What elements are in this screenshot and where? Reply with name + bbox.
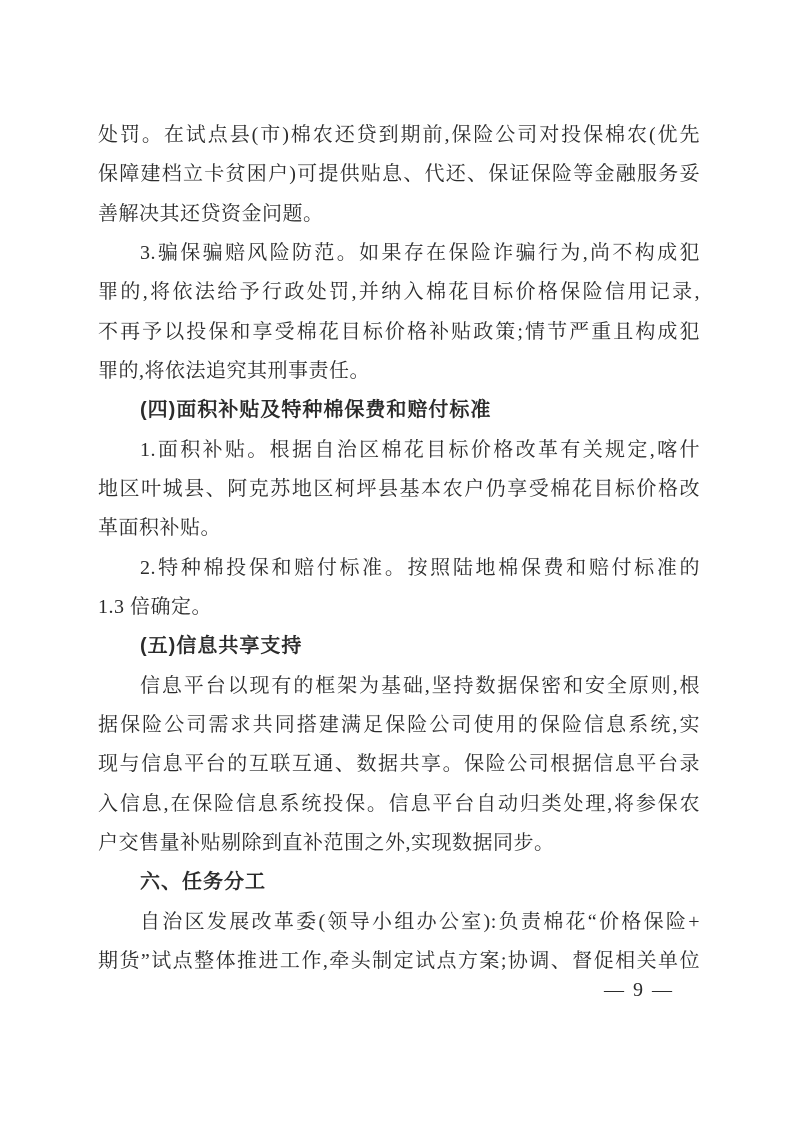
paragraph-line: 2.特种棉投保和赔付标准。按照陆地棉保费和赔付标准的: [98, 549, 700, 588]
document-page: 处罚。在试点县(市)棉农还贷到期前,保险公司对投保棉农(优先 保障建档立卡贫困户…: [0, 0, 793, 1122]
section-heading-5: (五)信息共享支持: [98, 627, 700, 666]
paragraph-line: 不再予以投保和享受棉花目标价格补贴政策;情节严重且构成犯: [98, 313, 700, 352]
paragraph-line: 信息平台以现有的框架为基础,坚持数据保密和安全原则,根: [98, 667, 700, 706]
paragraph-line: 地区叶城县、阿克苏地区柯坪县基本农户仍享受棉花目标价格改: [98, 470, 700, 509]
paragraph-line: 罪的,将依法追究其刑事责任。: [98, 352, 700, 391]
paragraph-line: 据保险公司需求共同搭建满足保险公司使用的保险信息系统,实: [98, 706, 700, 745]
paragraph-line: 现与信息平台的互联互通、数据共享。保险公司根据信息平台录: [98, 745, 700, 784]
paragraph-line: 保障建档立卡贫困户)可提供贴息、代还、保证保险等金融服务妥: [98, 155, 700, 194]
document-body: 处罚。在试点县(市)棉农还贷到期前,保险公司对投保棉农(优先 保障建档立卡贫困户…: [98, 116, 700, 981]
paragraph-line: 革面积补贴。: [98, 509, 700, 548]
paragraph-line: 1.面积补贴。根据自治区棉花目标价格改革有关规定,喀什: [98, 431, 700, 470]
paragraph-line: 自治区发展改革委(领导小组办公室):负责棉花“价格保险+: [98, 903, 700, 942]
paragraph-line: 入信息,在保险信息系统投保。信息平台自动归类处理,将参保农: [98, 785, 700, 824]
paragraph-line: 处罚。在试点县(市)棉农还贷到期前,保险公司对投保棉农(优先: [98, 116, 700, 155]
paragraph-line: 期货”试点整体推进工作,牵头制定试点方案;协调、督促相关单位: [98, 942, 700, 981]
page-number: — 9 —: [98, 977, 700, 1003]
paragraph-line: 1.3 倍确定。: [98, 588, 700, 627]
section-heading-6: 六、任务分工: [98, 863, 700, 902]
paragraph-line: 户交售量补贴剔除到直补范围之外,实现数据同步。: [98, 824, 700, 863]
paragraph-line: 善解决其还贷资金问题。: [98, 195, 700, 234]
section-heading-4: (四)面积补贴及特种棉保费和赔付标准: [98, 391, 700, 430]
paragraph-line: 3.骗保骗赔风险防范。如果存在保险诈骗行为,尚不构成犯: [98, 234, 700, 273]
paragraph-line: 罪的,将依法给予行政处罚,并纳入棉花目标价格保险信用记录,: [98, 273, 700, 312]
